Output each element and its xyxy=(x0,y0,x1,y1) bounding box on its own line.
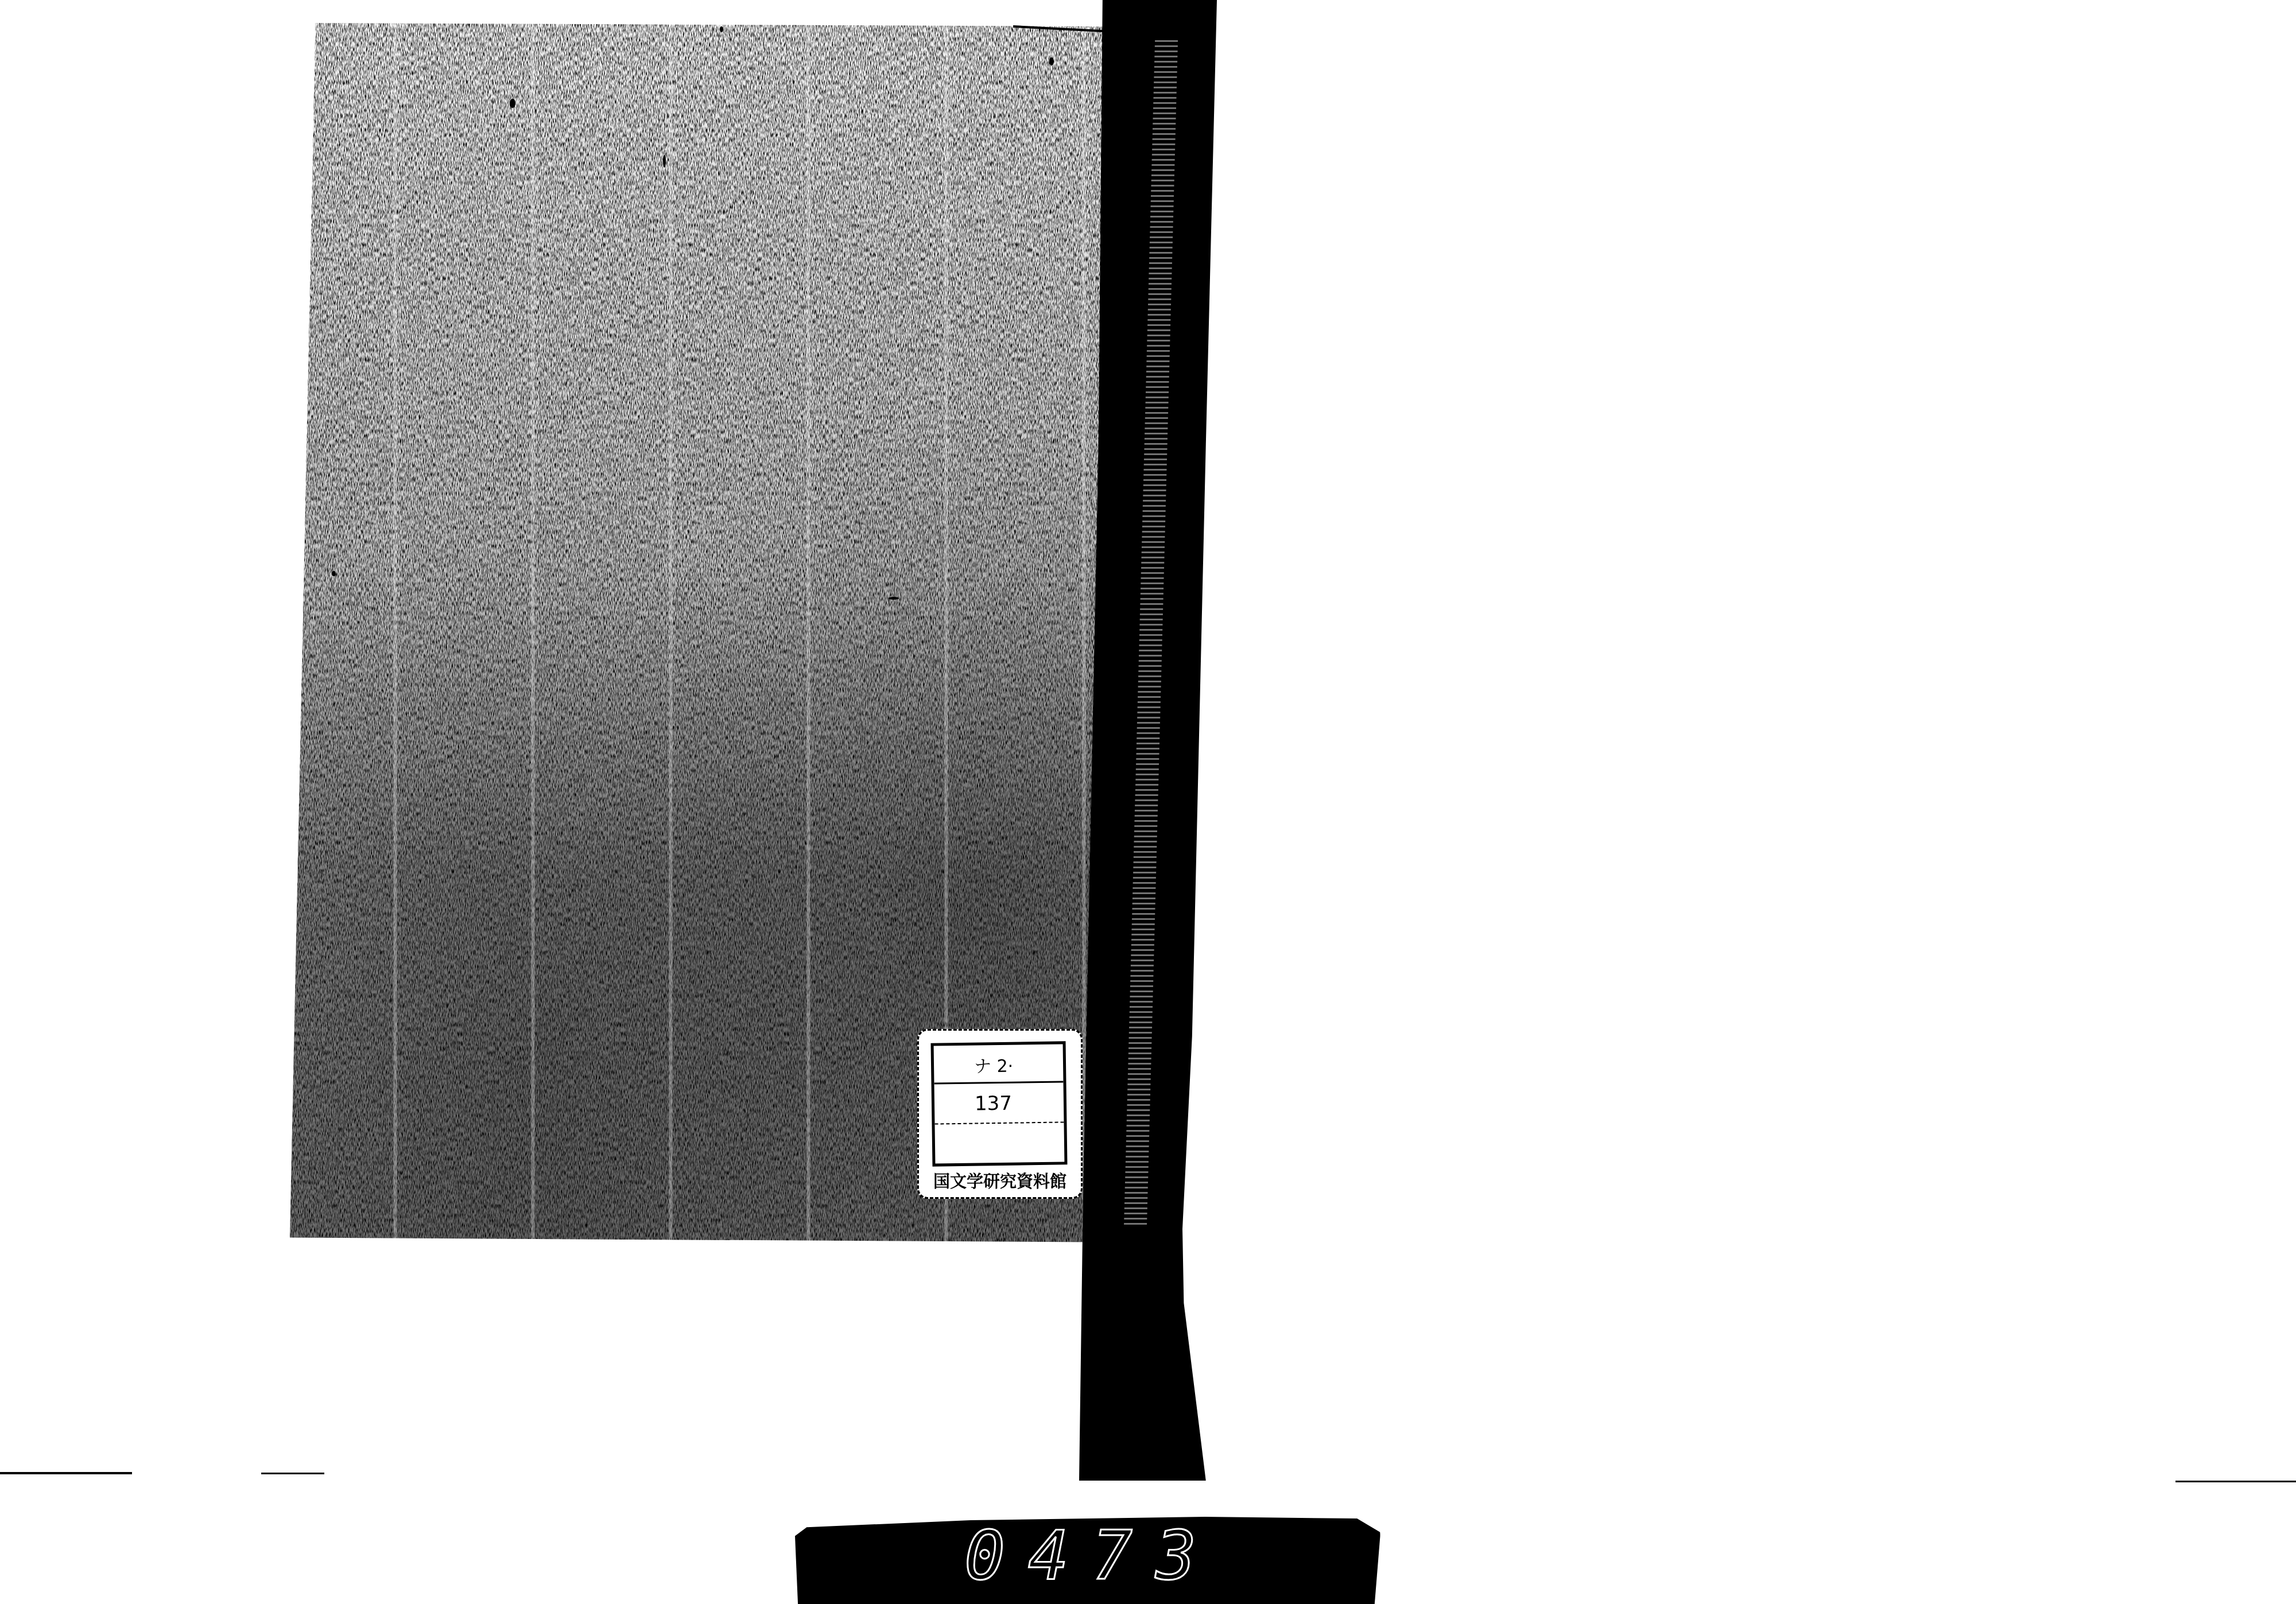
library-label: ナ 2· 137 国文学研究資料館 xyxy=(917,1029,1083,1199)
frame-counter: 0473 xyxy=(964,1524,1251,1587)
institution-name: 国文学研究資料館 xyxy=(925,1169,1075,1193)
baseline-left-segment xyxy=(261,1473,324,1474)
call-number-line-3 xyxy=(934,1121,1064,1124)
call-number-line-2: 137 xyxy=(934,1089,1064,1118)
baseline-right xyxy=(2175,1481,2296,1482)
call-number-box: ナ 2· 137 xyxy=(931,1041,1068,1166)
baseline-left xyxy=(0,1472,132,1474)
call-number-line-1: ナ 2· xyxy=(934,1051,1064,1084)
